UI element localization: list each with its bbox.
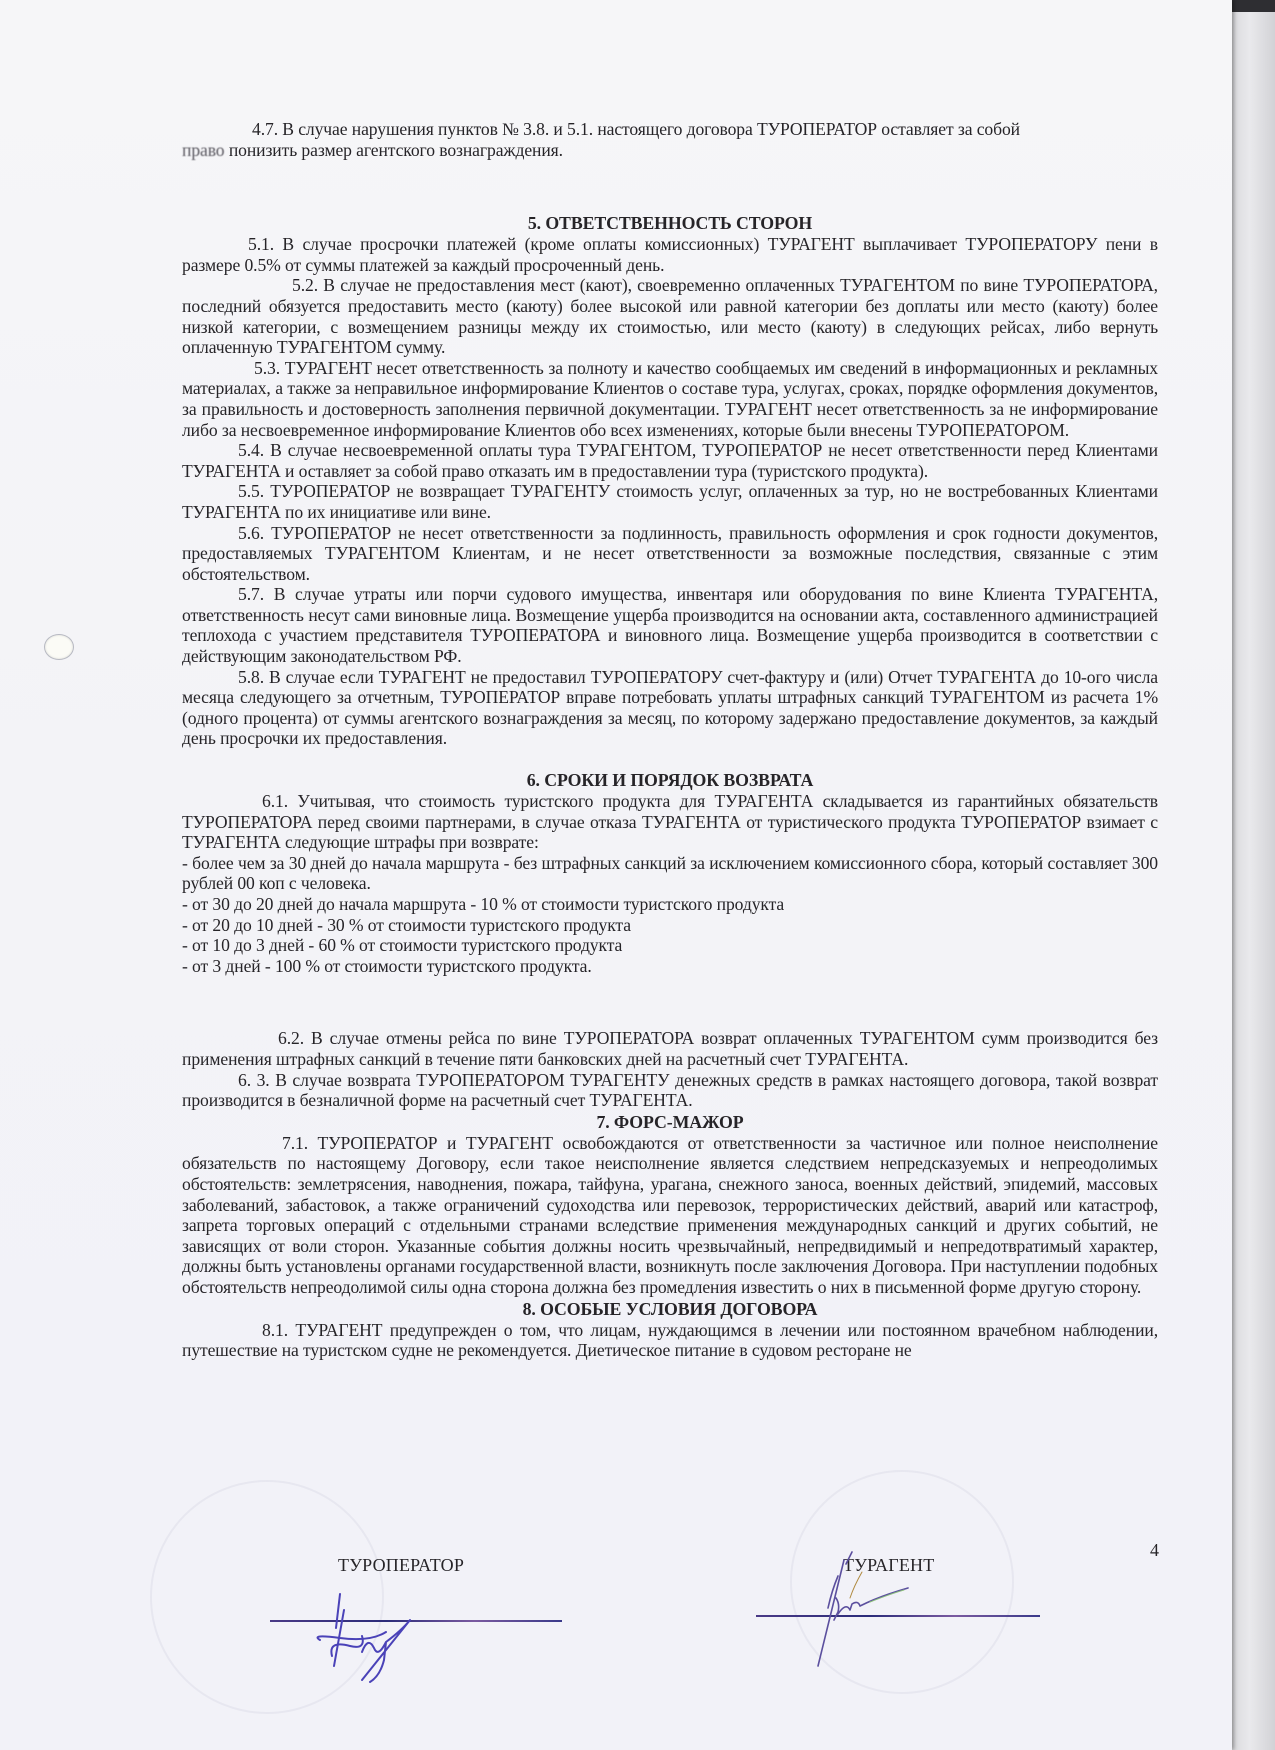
scanner-background <box>1228 0 1275 1750</box>
clause-5-5: 5.5. ТУРОПЕРАТОР не возвращает ТУРАГЕНТУ… <box>182 481 1158 522</box>
penalty-item: - от 30 до 20 дней до начала маршрута - … <box>182 894 1158 915</box>
signature-tour-operator <box>270 1580 470 1700</box>
penalty-item: - более чем за 30 дней до начала маршрут… <box>182 853 1158 894</box>
clause-8-1: 8.1. ТУРАГЕНТ предупрежден о том, что ли… <box>182 1320 1158 1361</box>
clause-4-7-faded-word: право <box>182 140 225 160</box>
section-6-title: 6. СРОКИ И ПОРЯДОК ВОЗВРАТА <box>182 769 1158 791</box>
penalty-item: - от 3 дней - 100 % от стоимости туристс… <box>182 956 1158 977</box>
document-page: 4.7. В случае нарушения пунктов № 3.8. и… <box>0 0 1232 1750</box>
section-5-title: 5. ОТВЕТСТВЕННОСТЬ СТОРОН <box>182 212 1158 234</box>
punch-hole <box>44 634 74 660</box>
spacer <box>182 976 1158 1028</box>
clause-4-7-text: 4.7. В случае нарушения пунктов № 3.8. и… <box>252 119 1020 139</box>
clause-5-6: 5.6. ТУРОПЕРАТОР не несет ответственност… <box>182 523 1158 585</box>
spacer <box>182 160 1158 212</box>
clause-5-8: 5.8. В случае если ТУРАГЕНТ не предостав… <box>182 667 1158 749</box>
clause-6-3: 6. 3. В случае возврата ТУРОПЕРАТОРОМ ТУ… <box>182 1070 1158 1111</box>
clause-4-7: 4.7. В случае нарушения пунктов № 3.8. и… <box>182 119 1158 160</box>
penalty-item: - от 10 до 3 дней - 60 % от стоимости ту… <box>182 935 1158 956</box>
document-body: 4.7. В случае нарушения пунктов № 3.8. и… <box>182 119 1158 1361</box>
penalty-item: - от 20 до 10 дней - 30 % от стоимости т… <box>182 915 1158 936</box>
signature-tour-agent <box>780 1550 940 1680</box>
clause-6-1: 6.1. Учитывая, что стоимость туристского… <box>182 791 1158 853</box>
clause-5-1: 5.1. В случае просрочки платежей (кроме … <box>182 234 1158 275</box>
clause-5-2: 5.2. В случае не предоставления мест (ка… <box>182 275 1158 357</box>
page-number: 4 <box>1150 1540 1159 1561</box>
clause-4-7-continuation: понизить размер агентского вознаграждени… <box>225 140 563 160</box>
spacer <box>182 749 1158 769</box>
signature-label-tour-operator: ТУРОПЕРАТОР <box>338 1555 464 1576</box>
section-8-title: 8. ОСОБЫЕ УСЛОВИЯ ДОГОВОРА <box>182 1298 1158 1320</box>
clause-5-4: 5.4. В случае несвоевременной оплаты тур… <box>182 440 1158 481</box>
clause-6-2: 6.2. В случае отмены рейса по вине ТУРОП… <box>182 1028 1158 1069</box>
section-7-title: 7. ФОРС-МАЖОР <box>182 1111 1158 1133</box>
clause-5-3: 5.3. ТУРАГЕНТ несет ответственность за п… <box>182 358 1158 440</box>
scanner-edge <box>1228 0 1275 12</box>
clause-7-1: 7.1. ТУРОПЕРАТОР и ТУРАГЕНТ освобождаютс… <box>182 1133 1158 1298</box>
clause-5-7: 5.7. В случае утраты или порчи судового … <box>182 584 1158 666</box>
